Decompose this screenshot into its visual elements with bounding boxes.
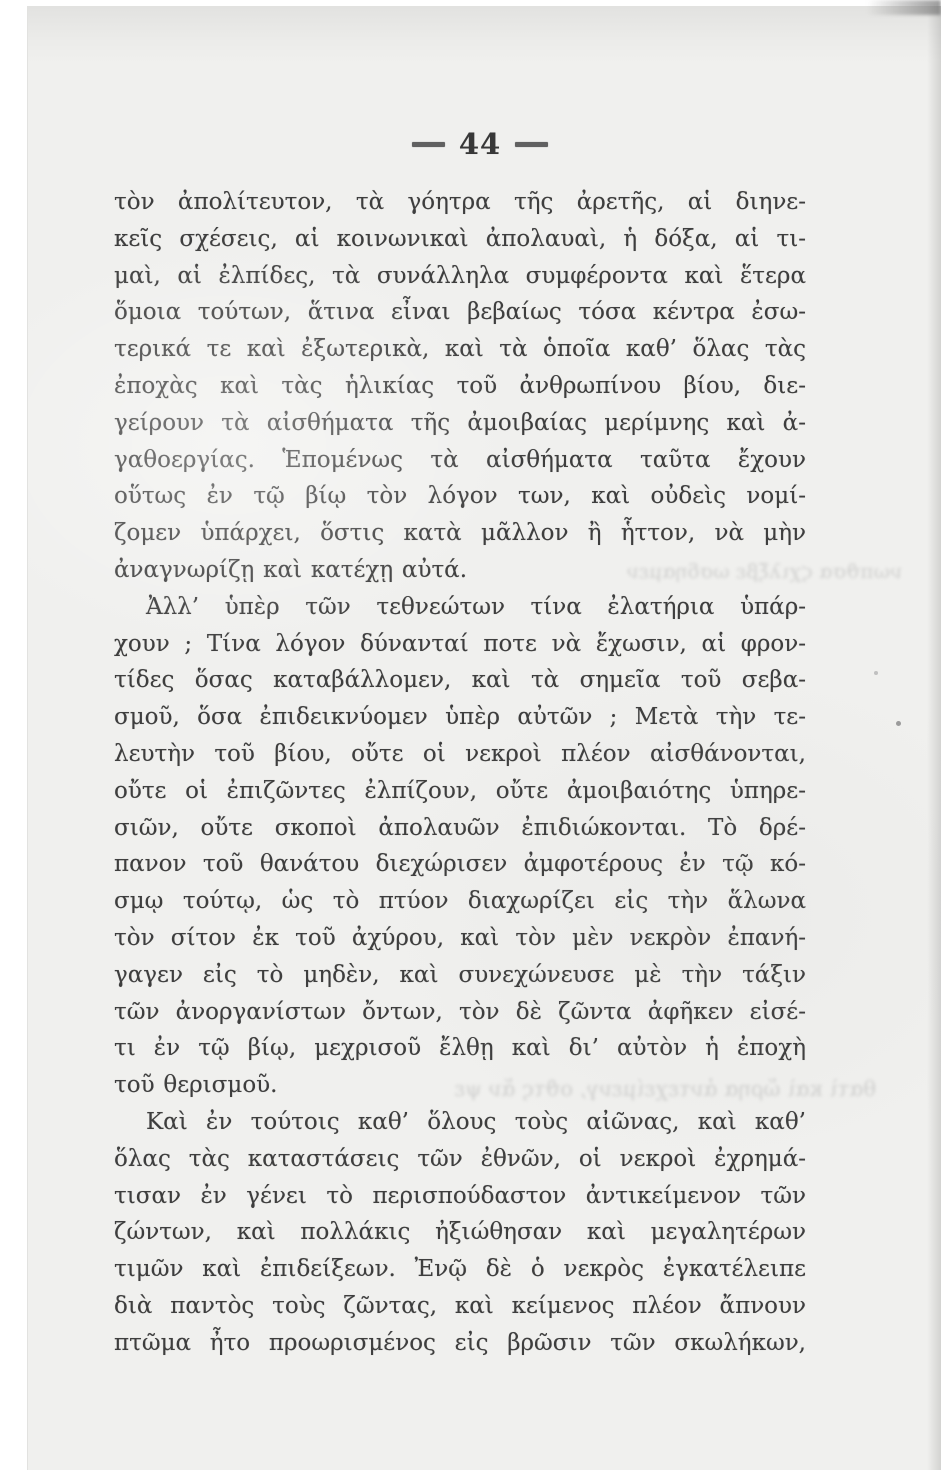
text-line: γαγεν εἰς τὸ μηδὲν, καὶ συνεχώνευσε μὲ τ… — [114, 957, 806, 994]
text-line: πανον τοῦ θανάτου διεχώρισεν ἀμφοτέρους … — [114, 846, 806, 883]
text-line: διὰ παντὸς τοὺς ζῶντας, καὶ κείμενος πλέ… — [114, 1288, 806, 1325]
text-line: χουν ; Τίνα λόγον δύνανταί ποτε νὰ ἔχωσι… — [114, 626, 806, 663]
page-header: 44 — [412, 127, 548, 161]
text-line: τισαν ἐν γένει τὸ περισπούδαστον ἀντικεί… — [114, 1178, 806, 1215]
text-line: γαθοεργίας. Ἑπομένως τὰ αἰσθήματα ταῦτα … — [114, 442, 806, 479]
text-line: σμοῦ, ὅσα ἐπιδεικνύομεν ὑπὲρ αὐτῶν ; Μετ… — [114, 699, 806, 736]
text-line: κεῖς σχέσεις, αἱ κοινωνικαὶ ἀπολαυαὶ, ἡ … — [114, 221, 806, 258]
text-line: σιῶν, οὔτε σκοποὶ ἀπολαυῶν ἐπιδιώκονται.… — [114, 810, 806, 847]
text-line: ζομεν ὑπάρχει, ὅστις κατὰ μᾶλλον ἢ ἧττον… — [114, 515, 806, 552]
header-rule-right — [515, 142, 548, 147]
text-line: οὔτε οἱ ἐπιζῶντες ἐλπίζουν, οὔτε ἀμοιβαι… — [114, 773, 806, 810]
text-line: ἐποχὰς καὶ τὰς ἡλικίας τοῦ ἀνθρωπίνου βί… — [114, 368, 806, 405]
text-line: τερικά τε καὶ ἐξωτερικὰ, καὶ τὰ ὁποῖα κα… — [114, 331, 806, 368]
text-line: τιμῶν καὶ ἐπιδείξεων. Ἐνῷ δὲ ὁ νεκρὸς ἐγ… — [114, 1251, 806, 1288]
text-line: οὕτως ἐν τῷ βίῳ τὸν λόγον των, καὶ οὐδεὶ… — [114, 478, 806, 515]
text-line: τὸν σίτον ἐκ τοῦ ἀχύρου, καὶ τὸν μὲν νεκ… — [114, 920, 806, 957]
paper-sheet: 44 τὸν ἀπολίτευτον, τὰ γόητρα τῆς ἀρετῆς… — [27, 6, 941, 1470]
text-line: Ἀλλ’ ὑπὲρ τῶν τεθνεώτων τίνα ἐλατήρια ὑπ… — [114, 589, 806, 626]
text-line: λευτὴν τοῦ βίου, οὔτε οἱ νεκροὶ πλέον αἰ… — [114, 736, 806, 773]
text-line: γείρουν τὰ αἰσθήματα τῆς ἀμοιβαίας μερίμ… — [114, 405, 806, 442]
text-line: ὅμοια τούτων, ἅτινα εἶναι βεβαίως τόσα κ… — [114, 294, 806, 331]
scan-corner-shadow — [867, 0, 941, 15]
header-rule-left — [412, 142, 445, 147]
text-line: μαὶ, αἱ ἐλπίδες, τὰ συνάλληλα συμφέροντα… — [114, 258, 806, 295]
scan-speck — [874, 671, 878, 675]
text-line: τῶν ἀνοργανίστων ὄντων, τὸν δὲ ζῶντα ἀφῆ… — [114, 994, 806, 1031]
text-line: πτῶμα ἦτο προωρισμένος εἰς βρῶσιν τῶν σκ… — [114, 1325, 806, 1362]
text-line: σμῳ τούτῳ, ὡς τὸ πτύον διαχωρίζει εἰς τὴ… — [114, 883, 806, 920]
page-number: 44 — [459, 127, 501, 161]
text-line: ἀναγνωρίζῃ καὶ κατέχῃ αὐτά. — [114, 552, 806, 589]
text-line: τοῦ θερισμοῦ. — [114, 1067, 806, 1104]
text-line: ζώντων, καὶ πολλάκις ἠξιώθησαν καὶ μεγαλ… — [114, 1214, 806, 1251]
text-line: Καὶ ἐν τούτοις καθ’ ὅλους τοὺς αἰῶνας, κ… — [114, 1104, 806, 1141]
text-line: τὸν ἀπολίτευτον, τὰ γόητρα τῆς ἀρετῆς, α… — [114, 184, 806, 221]
text-line: τίδες ὅσας καταβάλλομεν, καὶ τὰ σημεῖα τ… — [114, 662, 806, 699]
text-line: ὅλας τὰς καταστάσεις τῶν ἐθνῶν, οἱ νεκρο… — [114, 1141, 806, 1178]
scanned-book-page: 44 τὸν ἀπολίτευτον, τὰ γόητρα τῆς ἀρετῆς… — [0, 0, 941, 1470]
text-line: τι ἐν τῷ βίῳ, μεχρισοῦ ἔλθῃ καὶ δι’ αὐτὸ… — [114, 1030, 806, 1067]
page-edge-shadow — [927, 6, 941, 1470]
scan-speck — [896, 721, 901, 726]
body-text: τὸν ἀπολίτευτον, τὰ γόητρα τῆς ἀρετῆς, α… — [114, 184, 806, 1362]
